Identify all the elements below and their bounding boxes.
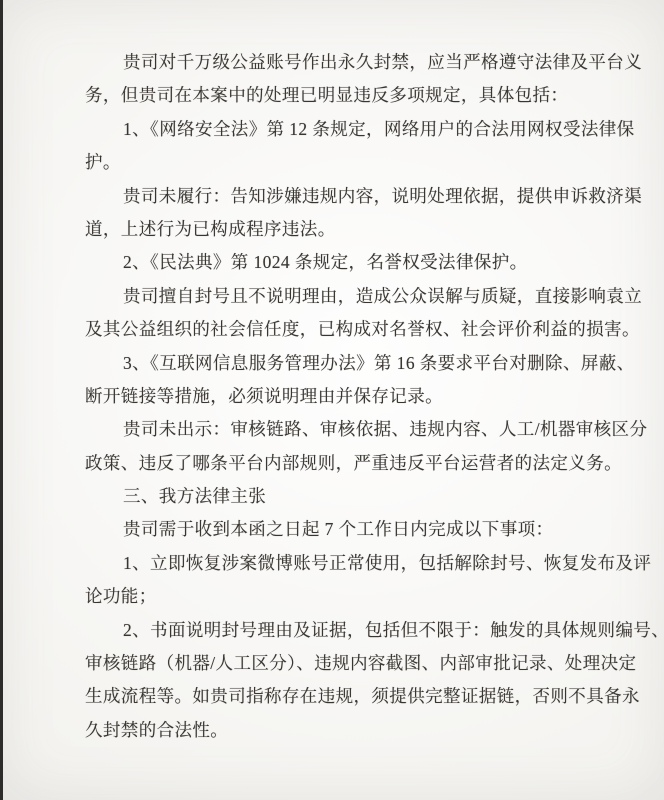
- document-line: 1、《网络安全法》第 12 条规定，网络用户的合法用网权受法律保: [85, 113, 630, 146]
- document-line: 1、立即恢复涉案微博账号正常使用，包括解除封号、恢复发布及评: [85, 547, 630, 580]
- document-line: 务，但贵司在本案中的处理已明显违反多项规定，具体包括：: [85, 79, 630, 112]
- document-line: 护。: [85, 146, 630, 179]
- document-line: 2、书面说明封号理由及证据，包括但不限于：触发的具体规则编号、: [85, 614, 630, 647]
- document-line: 生成流程等。如贵司指称存在违规，须提供完整证据链，否则不具备永: [85, 680, 630, 713]
- document-line: 三、我方法律主张: [85, 480, 630, 513]
- document-text-block: 贵司对千万级公益账号作出永久封禁，应当严格遵守法律及平台义务，但贵司在本案中的处…: [85, 46, 630, 747]
- document-line: 论功能；: [85, 580, 630, 613]
- document-line: 贵司未出示：审核链路、审核依据、违规内容、人工/机器审核区分: [85, 413, 630, 446]
- photo-edge-strip: [0, 0, 3, 800]
- document-line: 贵司未履行：告知涉嫌违规内容，说明处理依据，提供申诉救济渠: [85, 180, 630, 213]
- document-line: 久封禁的合法性。: [85, 714, 630, 747]
- document-line: 断开链接等措施，必须说明理由并保存记录。: [85, 380, 630, 413]
- document-line: 贵司擅自封号且不说明理由，造成公众误解与质疑，直接影响袁立: [85, 280, 630, 313]
- scanned-document-page: 贵司对千万级公益账号作出永久封禁，应当严格遵守法律及平台义务，但贵司在本案中的处…: [0, 0, 664, 800]
- document-line: 及其公益组织的社会信任度，已构成对名誉权、社会评价利益的损害。: [85, 313, 630, 346]
- document-line: 贵司对千万级公益账号作出永久封禁，应当严格遵守法律及平台义: [85, 46, 630, 79]
- document-line: 道，上述行为已构成程序违法。: [85, 213, 630, 246]
- document-line: 2、《民法典》第 1024 条规定，名誉权受法律保护。: [85, 246, 630, 279]
- document-line: 审核链路（机器/人工区分）、违规内容截图、内部审批记录、处理决定: [85, 647, 630, 680]
- document-line: 政策、违反了哪条平台内部规则，严重违反平台运营者的法定义务。: [85, 447, 630, 480]
- document-line: 贵司需于收到本函之日起 7 个工作日内完成以下事项：: [85, 513, 630, 546]
- document-line: 3、《互联网信息服务管理办法》第 16 条要求平台对删除、屏蔽、: [85, 347, 630, 380]
